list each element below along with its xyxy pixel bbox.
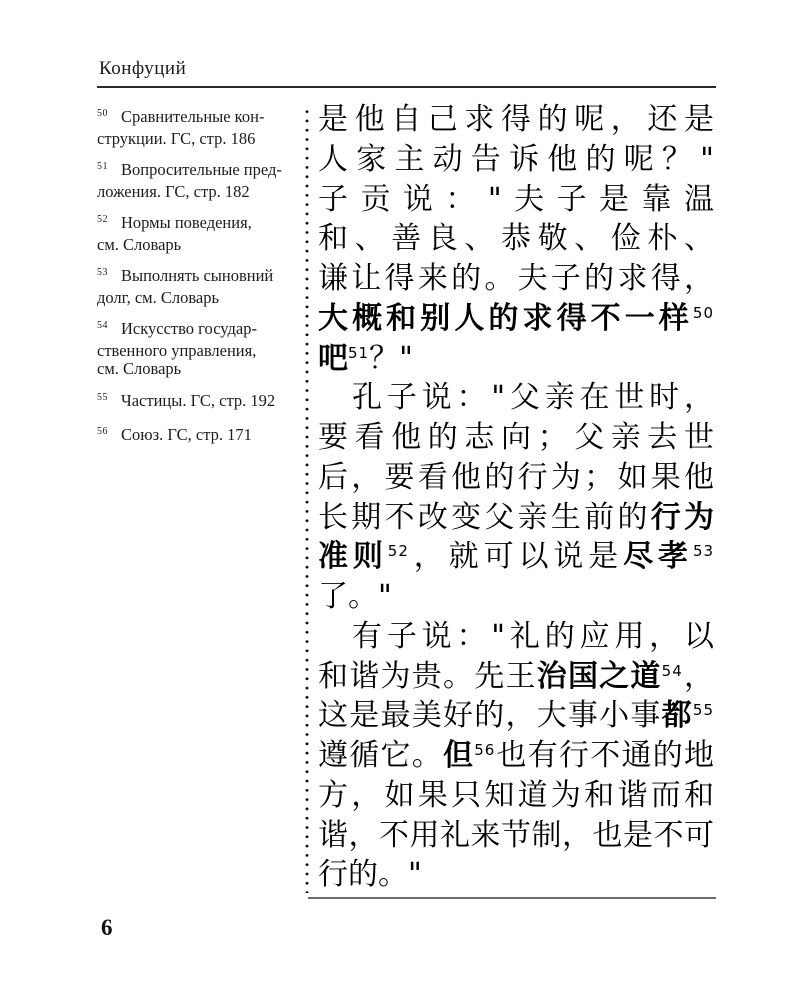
footnote-reference: 55 bbox=[693, 701, 714, 719]
footnote-text: Нормы поведения, bbox=[121, 213, 252, 232]
footnote-line: 53Выполнять сыновний bbox=[97, 267, 297, 289]
footnote-number: 50 bbox=[97, 108, 108, 119]
text-segment: 子贡说："夫子是靠温 bbox=[318, 182, 714, 217]
footnote-text: см. Словарь bbox=[97, 359, 181, 378]
footnote-text: Союз. ГС, стр. 171 bbox=[121, 425, 252, 444]
text-segment: 准则 bbox=[318, 539, 388, 574]
book-page: Конфуций 50Сравнительные кон-струкции. Г… bbox=[0, 0, 800, 1000]
text-segment: 吧 bbox=[318, 341, 348, 376]
footnote-text: Частицы. ГС, стр. 192 bbox=[121, 391, 275, 410]
text-segment: 也有行不通的地 bbox=[495, 738, 714, 773]
header-rule bbox=[97, 86, 716, 88]
text-segment: ，就可以说是 bbox=[409, 539, 623, 574]
footnote-text: ложения. ГС, стр. 182 bbox=[97, 182, 250, 201]
text-segment: 和、善良、恭敬、俭朴、 bbox=[318, 221, 714, 256]
text-segment: 方，如果只知道为和谐而和 bbox=[318, 778, 714, 813]
text-line: 谐，不用礼来节制，也是不可 bbox=[318, 816, 714, 856]
text-segment: 是他自己求得的呢，还是 bbox=[318, 102, 714, 137]
text-segment: 了。" bbox=[318, 579, 392, 614]
footnote-reference: 53 bbox=[693, 542, 714, 560]
footnote-item: 53Выполнять сыновнийдолг, см. Словарь bbox=[97, 267, 297, 307]
footnote-text: ственного управления, bbox=[97, 341, 256, 360]
text-segment: 这是最美好的，大事小事 bbox=[318, 698, 662, 733]
text-segment: 尽孝 bbox=[623, 539, 693, 574]
footnote-item: 50Сравнительные кон-струкции. ГС, стр. 1… bbox=[97, 108, 297, 148]
footnote-number: 56 bbox=[97, 426, 108, 437]
footnote-line: ственного управления, bbox=[97, 342, 297, 361]
text-segment: 和谐为贵。先王 bbox=[318, 659, 537, 694]
text-line: 是他自己求得的呢，还是 bbox=[318, 100, 714, 140]
footnote-item: 51Вопросительные пред-ложения. ГС, стр. … bbox=[97, 161, 297, 201]
footnote-line: 55Частицы. ГС, стр. 192 bbox=[97, 392, 297, 414]
text-segment: ？" bbox=[369, 341, 413, 376]
text-line: 孔子说："父亲在世时， bbox=[318, 378, 714, 418]
text-segment: 谦让得来的。夫子的求得， bbox=[318, 261, 714, 296]
footnote-item: 56Союз. ГС, стр. 171 bbox=[97, 426, 297, 448]
footnote-item: 54Искусство государ-ственного управления… bbox=[97, 320, 297, 379]
text-line: 了。" bbox=[318, 577, 714, 617]
text-line: 谦让得来的。夫子的求得， bbox=[318, 259, 714, 299]
text-line: 准则52，就可以说是尽孝53 bbox=[318, 537, 714, 577]
footnote-text: струкции. ГС, стр. 186 bbox=[97, 129, 255, 148]
text-line: 长期不改变父亲生前的行为 bbox=[318, 498, 714, 538]
footnote-line: долг, см. Словарь bbox=[97, 289, 297, 308]
footnote-line: 51Вопросительные пред- bbox=[97, 161, 297, 183]
text-line: 和谐为贵。先王治国之道54， bbox=[318, 657, 714, 697]
footnote-line: 56Союз. ГС, стр. 171 bbox=[97, 426, 297, 448]
text-line: 人家主动告诉他的呢？" bbox=[318, 140, 714, 180]
text-segment: 大概和别人的求得不一样 bbox=[318, 301, 693, 336]
footnote-line: 52Нормы поведения, bbox=[97, 214, 297, 236]
text-segment: 后，要看他的行为；如果他 bbox=[318, 460, 714, 495]
text-segment: 遵循它。 bbox=[318, 738, 443, 773]
footnote-number: 51 bbox=[97, 161, 108, 172]
text-line: 有子说："礼的应用，以 bbox=[318, 617, 714, 657]
footnote-text: Сравнительные кон- bbox=[121, 107, 264, 126]
footnote-number: 53 bbox=[97, 267, 108, 278]
footnote-text: Выполнять сыновний bbox=[121, 266, 273, 285]
footnote-line: см. Словарь bbox=[97, 236, 297, 255]
text-line: 遵循它。但56也有行不通的地 bbox=[318, 736, 714, 776]
footnote-reference: 52 bbox=[388, 542, 409, 560]
text-segment: 孔子说："父亲在世时， bbox=[352, 380, 714, 415]
footnote-item: 52Нормы поведения,см. Словарь bbox=[97, 214, 297, 254]
text-line: 方，如果只知道为和谐而和 bbox=[318, 776, 714, 816]
text-line: 行的。" bbox=[318, 855, 714, 895]
text-segment: 人家主动告诉他的呢？" bbox=[318, 142, 714, 177]
footnote-text: долг, см. Словарь bbox=[97, 288, 219, 307]
text-segment: 但 bbox=[443, 738, 474, 773]
text-segment: 都 bbox=[662, 698, 693, 733]
footnote-item: 55Частицы. ГС, стр. 192 bbox=[97, 392, 297, 414]
text-line: 后，要看他的行为；如果他 bbox=[318, 458, 714, 498]
text-segment: ， bbox=[683, 659, 714, 694]
text-segment: 谐，不用礼来节制，也是不可 bbox=[318, 818, 714, 853]
text-segment: 有子说："礼的应用，以 bbox=[352, 619, 714, 654]
text-segment: 要看他的志向；父亲去世 bbox=[318, 420, 714, 455]
footnote-line: ложения. ГС, стр. 182 bbox=[97, 183, 297, 202]
footnote-number: 55 bbox=[97, 392, 108, 403]
footnote-text: см. Словарь bbox=[97, 235, 181, 254]
footnote-reference: 54 bbox=[662, 662, 683, 680]
text-segment: 治国之道 bbox=[537, 659, 662, 694]
footnote-reference: 51 bbox=[348, 344, 369, 362]
running-header: Конфуций bbox=[99, 58, 186, 80]
footnote-number: 52 bbox=[97, 214, 108, 225]
footnote-text: Вопросительные пред- bbox=[121, 160, 282, 179]
footnote-reference: 56 bbox=[474, 741, 495, 759]
footnote-line: 54Искусство государ- bbox=[97, 320, 297, 342]
text-segment: 行为 bbox=[651, 500, 714, 535]
footnote-reference: 50 bbox=[693, 304, 714, 322]
text-line: 和、善良、恭敬、俭朴、 bbox=[318, 219, 714, 259]
text-bottom-rule bbox=[308, 897, 716, 899]
text-line: 大概和别人的求得不一样50 bbox=[318, 299, 714, 339]
footnote-list: 50Сравнительные кон-струкции. ГС, стр. 1… bbox=[97, 108, 297, 461]
footnote-text: Искусство государ- bbox=[121, 319, 257, 338]
text-line: 子贡说："夫子是靠温 bbox=[318, 180, 714, 220]
footnote-line: струкции. ГС, стр. 186 bbox=[97, 130, 297, 149]
text-segment: 行的。" bbox=[318, 857, 422, 892]
text-segment: 长期不改变父亲生前的 bbox=[318, 500, 651, 535]
main-text: 是他自己求得的呢，还是人家主动告诉他的呢？"子贡说："夫子是靠温和、善良、恭敬、… bbox=[318, 100, 714, 895]
dotted-divider bbox=[305, 107, 309, 893]
text-line: 吧51？" bbox=[318, 339, 714, 379]
footnote-number: 54 bbox=[97, 320, 108, 331]
footnote-line: см. Словарь bbox=[97, 360, 297, 379]
text-line: 要看他的志向；父亲去世 bbox=[318, 418, 714, 458]
footnote-line: 50Сравнительные кон- bbox=[97, 108, 297, 130]
text-line: 这是最美好的，大事小事都55 bbox=[318, 696, 714, 736]
page-number: 6 bbox=[101, 915, 113, 941]
